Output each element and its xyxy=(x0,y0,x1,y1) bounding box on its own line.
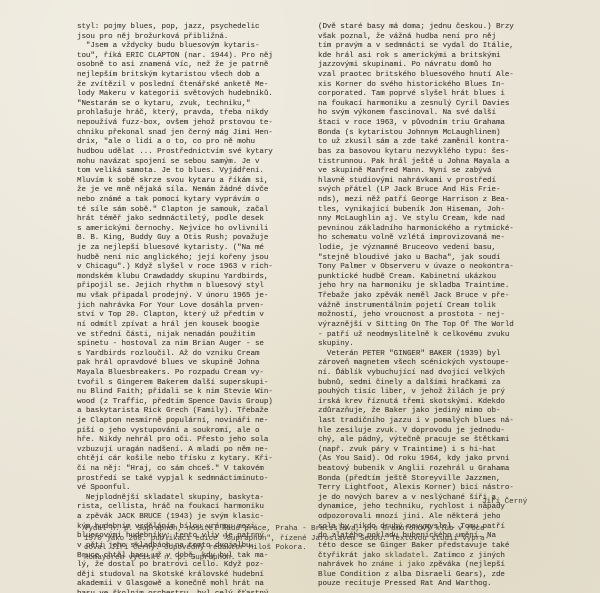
text-line: Bonda (s kytaristou Johnnym McLaughlinem… xyxy=(318,129,514,139)
text-line: je za nejlepší bluesové kytaristy. ("Na … xyxy=(77,244,273,254)
text-line: Tony Palmer v Observeru v úvaze o neokon… xyxy=(318,263,514,273)
text-line: prohlašuje hráč, který, pravda, třeba ni… xyxy=(77,109,273,119)
text-line: - patří už neodmyslitelně k celkovému zv… xyxy=(318,331,514,341)
text-line: pouze recituje Pressed Rat And Warthog. xyxy=(318,580,514,590)
text-line: s Yardbirds rozloučil. Až do vzniku Crea… xyxy=(77,350,273,360)
text-line: čí na něj: "Hraj, co sám chceš." V takov… xyxy=(77,465,273,475)
text-line: nny McLaughlin aj. Ve stylu Cream, kde n… xyxy=(318,215,514,225)
text-line: pouhých tisíc liber, v jehož žilách je p… xyxy=(318,388,514,398)
text-line: je Clapton nesmírně populární, novináři … xyxy=(77,417,273,427)
text-line: styl: pojmy blues, pop, jazz, psychedeli… xyxy=(77,23,273,33)
text-line: tvořil s Gingerem Bakerem další supersku… xyxy=(77,379,273,389)
text-line: v Chicagu".) Když slyšel v roce 1963 v r… xyxy=(77,263,273,273)
text-line: a baskytarista Rick Grech (Family). Třeb… xyxy=(77,407,273,417)
text-line: ní odmítl zpívat a hrál jen kousek boogi… xyxy=(77,321,273,331)
text-line: té síle sám sobě." Clapton je samouk, za… xyxy=(77,206,273,216)
text-line: jeho hry na harmoniku je skladba Trainti… xyxy=(318,282,514,292)
text-line: mohu navázat spojení se sebou samým. Je … xyxy=(77,158,273,168)
text-line: Mayala Bluesbreakers. Po rozpadu Cream v… xyxy=(77,369,273,379)
text-line: jich nahrávka For Your Love dosáhla prve… xyxy=(77,302,273,312)
text-line: corporated. Tam poprvé slyšel hrát blues… xyxy=(318,90,514,100)
text-line: chniku překonal snad jen černý mág Jimi … xyxy=(77,129,273,139)
text-line: tou", říká ERIC CLAPTON (nar. 1944). Pro… xyxy=(77,52,273,62)
text-line: pak hrál opravdové blues ve skupině John… xyxy=(77,359,273,369)
text-line: tles, vynikající bubeník Jon Hiseman, Jo… xyxy=(318,206,514,216)
colophon-line: 1970 jako 268. publikaci edice "Suprapho… xyxy=(84,535,489,545)
text-line: Terry Lightfoot, Alexis Korner) bicí nás… xyxy=(318,484,514,494)
text-line: tom veliká samota. Je to blues. Vyjádřen… xyxy=(77,167,273,177)
text-line: nu Blind Faith; přidali se k nim Stevie … xyxy=(77,388,273,398)
text-line: vé Spoonful. xyxy=(77,484,273,494)
text-line: a zpěvák JACK BRUCE (1943) je svým klasi… xyxy=(77,513,273,523)
text-line: Bonda (předtím ještě Storeyville Jazzmen… xyxy=(318,475,514,485)
text-line: prostředí se také vypjal k sedmnáctiminu… xyxy=(77,475,273,485)
text-line: (např. zvuk páry v Traintime) i s hi-hat xyxy=(318,446,514,456)
colophon-line: Vydal n. p. Supraphon, nositel Řádu prác… xyxy=(84,525,489,535)
text-line: rista, cellista, hráč na foukací harmoni… xyxy=(77,503,273,513)
text-line: s americkými černochy. Nejvíce ho ovlivn… xyxy=(77,225,273,235)
text-line: jazzovými skupinami. Po návratu domů ho xyxy=(318,61,514,71)
text-line: punktické hudbě Cream. Kabinetní ukázkou xyxy=(318,273,514,283)
text-line: akademii v Glasgowě a konečně mohl hrát … xyxy=(77,580,273,590)
text-line: (As You Said). Od roku 1964, kdy jako pr… xyxy=(318,455,514,465)
text-line: výraznější v Sitting On The Top Of The W… xyxy=(318,321,514,331)
text-line: chtějí cár košile nebo třísku z kytary. … xyxy=(77,455,273,465)
text-line: pevninou základního harmonického a rytmi… xyxy=(318,225,514,235)
text-line: mondském klubu Crawdaddy skupinu Yardbir… xyxy=(77,273,273,283)
author-signature: Jiří Černý xyxy=(482,498,527,506)
text-line: hudbou udělat ... Prostřednictvím své ky… xyxy=(77,148,273,158)
text-line: wood (z Traffic, předtím Spence Davis Gr… xyxy=(77,398,273,408)
text-line: tím pravým a v sedmnácti se vydal do Itá… xyxy=(318,42,514,52)
text-line: Veterán PETER "GINGER" BAKER (1939) byl xyxy=(318,350,514,360)
text-line: vzbuzují uragán nadšení. A mladí po něm … xyxy=(77,446,273,456)
text-line: zároveň magnetem všech scénických vystou… xyxy=(318,359,514,369)
text-line: beatový bubeník v Anglii rozehrál u Grah… xyxy=(318,465,514,475)
text-line: tistrunnou. Pak hrál ještě u Johna Mayal… xyxy=(318,158,514,168)
text-line: to už zkusil sám a zde také zaměnil kont… xyxy=(318,138,514,148)
text-line: možností, jeho vroucnost a prostota - ne… xyxy=(318,311,514,321)
text-line: však poznal, že vážná hudba není pro něj xyxy=(318,33,514,43)
text-line: píší o jeho vystupování a soukromí, ale … xyxy=(77,427,273,437)
text-line: hudbě není nic anglického; její kořeny j… xyxy=(77,254,273,264)
text-line: ho svým výkonem fascinoval. Na své další xyxy=(318,109,514,119)
text-line: "Jsem a vždycky budu bluesovým kytaris- xyxy=(77,42,273,52)
text-line: štaci v roce 1963, v původním triu Graha… xyxy=(318,119,514,129)
left-text-column: styl: pojmy blues, pop, jazz, psychedeli… xyxy=(77,23,273,593)
text-line: mu však připadal prodejný. V únoru 1965 … xyxy=(77,292,273,302)
text-line: irská krev říznutá třemi skotskými. Kdek… xyxy=(318,398,514,408)
text-line: last tradičního jazzu i v pomalých blues… xyxy=(318,417,514,427)
text-line: xis Korner do svého historického Blues I… xyxy=(318,81,514,91)
text-line: vzal praotec britského bluesového hnutí … xyxy=(318,71,514,81)
text-line: jsou pro něj brožurková přibližná. xyxy=(77,33,273,43)
text-line: zdůrazňuje, že Baker jako jediný mimo ob… xyxy=(318,407,514,417)
text-line: bubnů, sedmi činely a dalšími hračkami z… xyxy=(318,379,514,389)
text-line: že je ve mně nějaká síla. Nemám žádné dí… xyxy=(77,186,273,196)
text-line: hle zesiluje zvuk. V doprovodu je jednod… xyxy=(318,427,514,437)
text-line: ho schematu volně vzlétá improvizovaná m… xyxy=(318,234,514,244)
text-line: nepoužívá fuzz-box, ovšem jehož prstovou… xyxy=(77,119,273,129)
text-line: Třebaže jako zpěvák neměl Jack Bruce v p… xyxy=(318,292,514,302)
text-line: že zvítězil v poslední čtenářské anketě … xyxy=(77,81,273,91)
text-line: bas za basovou kytaru nezvyklého typu: š… xyxy=(318,148,514,158)
text-line: B. B. King, Buddy Guy a Otis Rush; považ… xyxy=(77,234,273,244)
text-line: spinetu - hostoval za ním Brian Auger - … xyxy=(77,340,273,350)
scanned-page: styl: pojmy blues, pop, jazz, psychedeli… xyxy=(0,0,600,593)
text-line: skupiny. xyxy=(318,340,514,350)
text-line: vážně instrumentálním pojetí Cream tolik xyxy=(318,302,514,312)
text-line: připojil se. Jejich rhythm n bluesový st… xyxy=(77,282,273,292)
text-line: nebo známé a tak pomocí kytary vyprávím … xyxy=(77,196,273,206)
text-line: ději studoval na Skotské královské hudeb… xyxy=(77,571,273,581)
text-line: osobně to asi znamená víc, než že je pat… xyxy=(77,61,273,71)
text-line: kde hrál asi rok s americkými a britským… xyxy=(318,52,514,62)
text-line: chý, ale pádný, výtečně pracuje se štětk… xyxy=(318,436,514,446)
text-line: ve střední části, nijak nenadán použitím xyxy=(77,331,273,341)
text-line: Mluvím k sobě skrze svou kytaru a říkám … xyxy=(77,177,273,187)
text-line: hře. Nikdy nehrál pro oči. Přesto jeho s… xyxy=(77,436,273,446)
text-line: odpozorovali mnozí jiní. Ale některá jeh… xyxy=(318,513,514,523)
text-line: ství v Top 20. Clapton, který už předtím… xyxy=(77,311,273,321)
text-line: ve skupině Manfred Mann. Nyní se zabývá xyxy=(318,167,514,177)
text-line: hrát téměř jako sedmnáctiletý, podle des… xyxy=(77,215,273,225)
text-line: ní. Ďáblík vybuchující nad dvojicí velký… xyxy=(318,369,514,379)
text-line: lody Makeru v kategorii světových hudebn… xyxy=(77,90,273,100)
paper-stain xyxy=(360,545,440,575)
text-line: drix, "ale o lidi a o to, co pro ně mohu xyxy=(77,138,273,148)
text-line: hlavně studiovými nahrávkami v prostředí xyxy=(318,177,514,187)
text-line: nejlepším britským kytaristou všech dob … xyxy=(77,71,273,81)
text-line: lodie, je významné Bruceovo vedení basu, xyxy=(318,244,514,254)
text-line: svých přátel (LP Jack Bruce And His Frie… xyxy=(318,186,514,196)
text-line: (Dvě staré basy má doma; jednu českou.) … xyxy=(318,23,514,33)
text-line: "stejně bloudivé jako u Bacha", jak soud… xyxy=(318,254,514,264)
text-line: nds), mezi něž patří George Harrison z B… xyxy=(318,196,514,206)
